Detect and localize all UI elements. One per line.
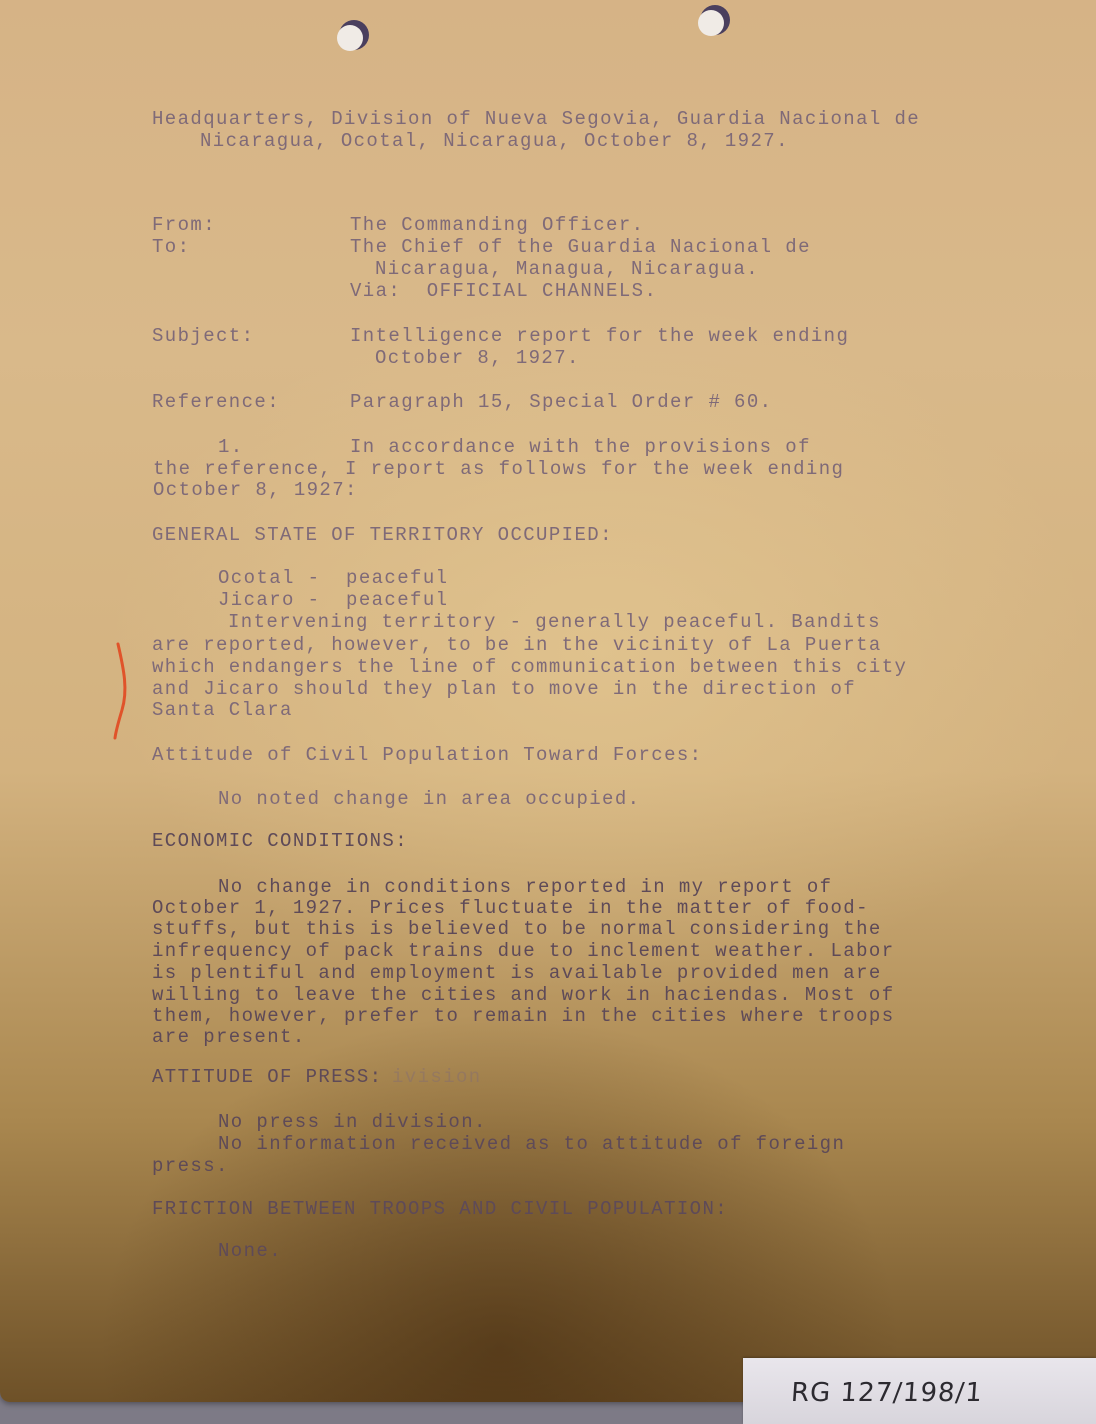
press-line-1: No press in division. xyxy=(218,1111,487,1133)
to-value-line-2: Nicaragua, Managua, Nicaragua. xyxy=(375,258,759,280)
subject-label: Subject: xyxy=(152,325,254,347)
economic-line-2: October 1, 1927. Prices fluctuate in the… xyxy=(152,897,869,919)
via-line: Via: OFFICIAL CHANNELS. xyxy=(350,280,657,302)
economic-line-6: willing to leave the cities and work in … xyxy=(152,984,895,1006)
press-heading: ATTITUDE OF PRESS: xyxy=(152,1066,382,1088)
general-state-line-3: which endangers the line of communicatio… xyxy=(152,656,907,678)
from-value: The Commanding Officer. xyxy=(350,214,644,236)
paragraph-1-line-3: October 8, 1927: xyxy=(153,479,358,501)
document-page: Headquarters, Division of Nueva Segovia,… xyxy=(0,0,1096,1402)
economic-line-5: is plentiful and employment is available… xyxy=(152,962,882,984)
general-state-line-2: are reported, however, to be in the vici… xyxy=(152,634,882,656)
header-line-2: Nicaragua, Ocotal, Nicaragua, October 8,… xyxy=(200,130,789,152)
economic-heading: ECONOMIC CONDITIONS: xyxy=(152,830,408,852)
punch-hole-left xyxy=(337,25,363,51)
paragraph-number: 1. xyxy=(218,436,244,458)
to-value-line-1: The Chief of the Guardia Nacional de xyxy=(350,236,811,258)
economic-line-4: infrequency of pack trains due to inclem… xyxy=(152,940,895,962)
archive-label-card: RG 127/198/1 xyxy=(743,1358,1096,1424)
friction-text: None. xyxy=(218,1240,282,1262)
to-label: To: xyxy=(152,236,190,258)
paragraph-1-line-1: In accordance with the provisions of xyxy=(350,436,811,458)
reference-label: Reference: xyxy=(152,391,280,413)
header-line-1: Headquarters, Division of Nueva Segovia,… xyxy=(152,108,920,130)
punch-hole-right xyxy=(698,10,724,36)
general-state-line-4: and Jicaro should they plan to move in t… xyxy=(152,678,856,700)
red-pencil-mark xyxy=(110,640,134,740)
archive-label-text: RG 127/198/1 xyxy=(790,1378,984,1408)
from-label: From: xyxy=(152,214,216,236)
reference-value: Paragraph 15, Special Order # 60. xyxy=(350,391,772,413)
subject-line-2: October 8, 1927. xyxy=(375,347,580,369)
economic-line-8: are present. xyxy=(152,1026,306,1048)
paragraph-1-line-2: the reference, I report as follows for t… xyxy=(153,458,844,480)
friction-heading: FRICTION BETWEEN TROOPS AND CIVIL POPULA… xyxy=(152,1198,728,1220)
civil-attitude-heading: Attitude of Civil Population Toward Forc… xyxy=(152,744,702,766)
general-state-heading: GENERAL STATE OF TERRITORY OCCUPIED: xyxy=(152,524,613,546)
general-state-line-1: Intervening territory - generally peacef… xyxy=(228,611,881,633)
press-line-3: press. xyxy=(152,1155,229,1177)
subject-line-1: Intelligence report for the week ending xyxy=(350,325,849,347)
civil-attitude-text: No noted change in area occupied. xyxy=(218,788,640,810)
ocotal-status: Ocotal - peaceful xyxy=(218,567,448,589)
economic-line-7: them, however, prefer to remain in the c… xyxy=(152,1005,895,1027)
economic-line-3: stuffs, but this is believed to be norma… xyxy=(152,918,882,940)
economic-line-1: No change in conditions reported in my r… xyxy=(218,876,833,898)
press-ghost-text: ivision xyxy=(392,1066,482,1088)
jicaro-status: Jicaro - peaceful xyxy=(218,589,448,611)
general-state-line-5: Santa Clara xyxy=(152,699,293,721)
press-line-2: No information received as to attitude o… xyxy=(218,1133,845,1155)
